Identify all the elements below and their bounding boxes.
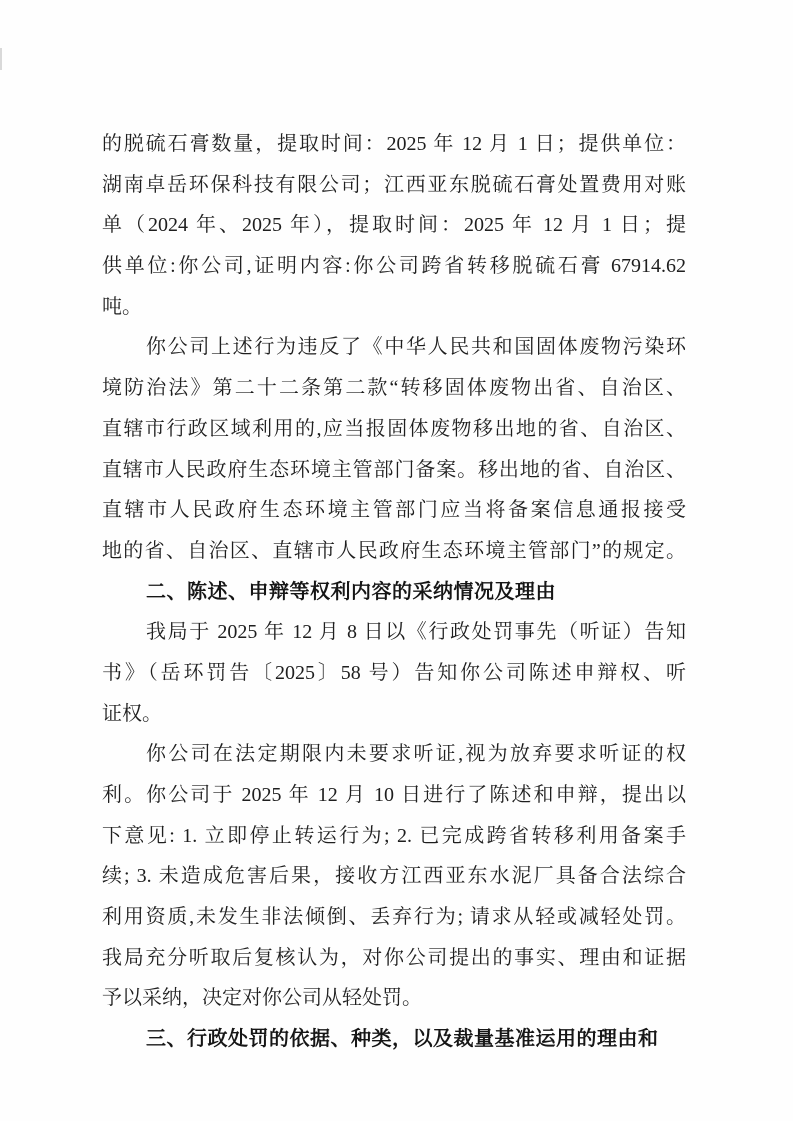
doc-line: 证权。 xyxy=(102,694,686,735)
doc-line: 续; 3. 未造成危害后果，接收方江西亚东水泥厂具备合法综合 xyxy=(102,856,686,897)
doc-line: 予以采纳，决定对你公司从轻处罚。 xyxy=(102,978,686,1019)
doc-line: 你公司在法定期限内未要求听证,视为放弃要求听证的权 xyxy=(102,734,686,775)
doc-line: 我局充分听取后复核认为，对你公司提出的事实、理由和证据 xyxy=(102,938,686,979)
doc-line: 下意见: 1. 立即停止转运行为; 2. 已完成跨省转移利用备案手 xyxy=(102,816,686,857)
document-page: 的脱硫石膏数量，提取时间：2025 年 12 月 1 日；提供单位： 湖南卓岳环… xyxy=(0,0,793,1121)
doc-line: 直辖市行政区域利用的,应当报固体废物移出地的省、自治区、 xyxy=(102,409,686,450)
document-text-block: 的脱硫石膏数量，提取时间：2025 年 12 月 1 日；提供单位： 湖南卓岳环… xyxy=(102,124,686,1060)
doc-line: 利。你公司于 2025 年 12 月 10 日进行了陈述和申辩，提出以 xyxy=(102,775,686,816)
section-heading: 二、陈述、申辩等权利内容的采纳情况及理由 xyxy=(102,572,686,613)
doc-line: 供单位:你公司,证明内容:你公司跨省转移脱硫石膏 67914.62 xyxy=(102,246,686,287)
doc-line: 我局于 2025 年 12 月 8 日以《行政处罚事先（听证）告知 xyxy=(102,612,686,653)
doc-line: 书》（岳环罚告〔2025〕58 号）告知你公司陈述申辩权、听 xyxy=(102,653,686,694)
doc-line: 利用资质,未发生非法倾倒、丢弃行为; 请求从轻或减轻处罚。 xyxy=(102,897,686,938)
doc-line: 单（2024 年、2025 年），提取时间：2025 年 12 月 1 日；提 xyxy=(102,205,686,246)
section-heading: 三、行政处罚的依据、种类，以及裁量基准运用的理由和 xyxy=(102,1019,686,1060)
doc-line: 你公司上述行为违反了《中华人民共和国固体废物污染环 xyxy=(102,327,686,368)
doc-line: 境防治法》第二十二条第二款“转移固体废物出省、自治区、 xyxy=(102,368,686,409)
doc-line: 直辖市人民政府生态环境主管部门应当将备案信息通报接受 xyxy=(102,490,686,531)
doc-line: 地的省、自治区、直辖市人民政府生态环境主管部门”的规定。 xyxy=(102,531,686,572)
doc-line: 的脱硫石膏数量，提取时间：2025 年 12 月 1 日；提供单位： xyxy=(102,124,686,165)
scan-edge-artifact xyxy=(0,48,2,70)
doc-line: 直辖市人民政府生态环境主管部门备案。移出地的省、自治区、 xyxy=(102,450,686,491)
doc-line: 湖南卓岳环保科技有限公司；江西亚东脱硫石膏处置费用对账 xyxy=(102,165,686,206)
doc-line: 吨。 xyxy=(102,287,686,328)
